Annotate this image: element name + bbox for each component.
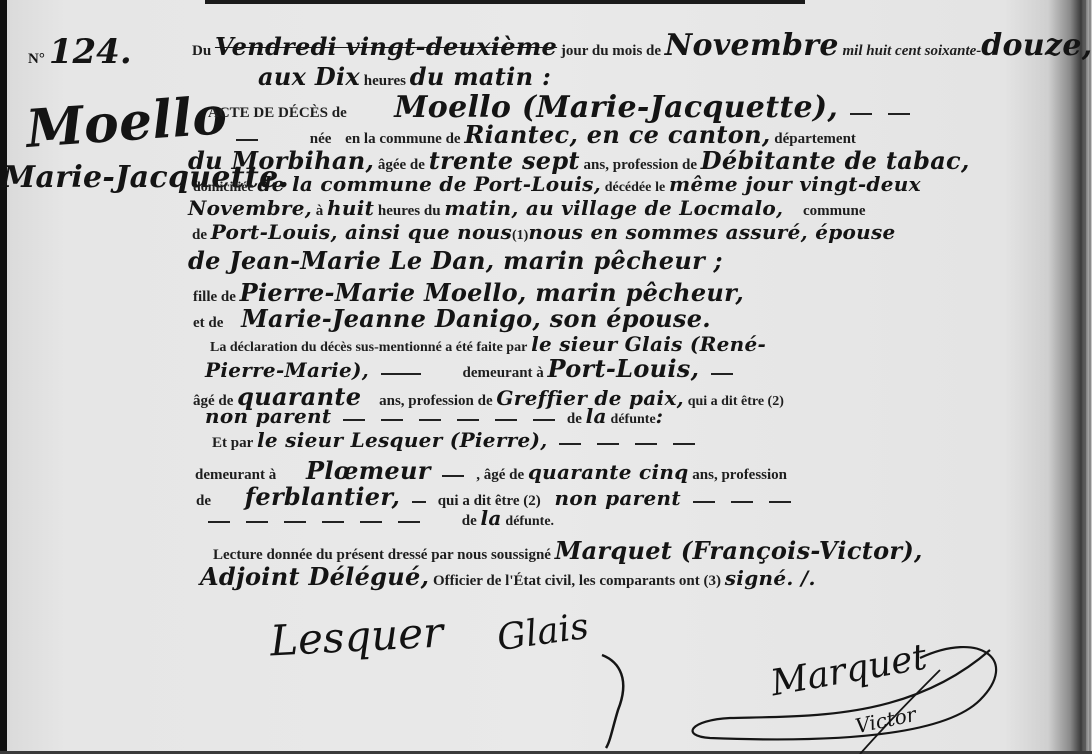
record-line-4: née en la commune de Riantec, en ce cant… — [228, 120, 856, 149]
document-scan: N° 124. Moello Marie-Jacquette. Du Vendr… — [0, 0, 1092, 754]
handwritten-declarant-2-residence: Plœmeur — [306, 456, 431, 485]
printed-text: Et par — [212, 435, 253, 451]
printed-text: née — [310, 131, 332, 147]
handwritten-birthplace: Riantec, en ce canton, — [464, 120, 770, 149]
signature-lesquer: Lesquer — [269, 608, 444, 666]
binding-edge — [1083, 0, 1086, 754]
record-line-1: Du Vendredi vingt-deuxième jour du mois … — [192, 28, 1092, 63]
acte-number-value: 124. — [49, 32, 132, 72]
record-line-16: Et par le sieur Lesquer (Pierre), — [212, 428, 703, 452]
top-rule — [205, 0, 805, 4]
printed-text: , âgé de — [476, 467, 524, 483]
printed-text: à — [316, 203, 324, 219]
handwritten-mother: Marie-Jeanne Danigo, son épouse. — [241, 304, 711, 333]
printed-text: commune — [803, 203, 866, 219]
printed-text: ans, profession de — [584, 157, 698, 173]
handwritten-punct: : — [656, 404, 664, 428]
printed-text: ans, profession — [692, 467, 787, 483]
printed-heading: ACTE DE DÉCÈS de — [208, 105, 347, 121]
handwritten-declarant-2: le sieur Lesquer (Pierre), — [257, 428, 548, 452]
handwritten-article: la — [481, 506, 502, 530]
handwritten-age: trente sept — [429, 146, 580, 175]
handwritten-signed: signé. /. — [725, 566, 816, 590]
printed-text: Lecture donnée du présent dressé par nou… — [213, 547, 551, 563]
handwritten-death-hour: huit — [327, 196, 374, 220]
acte-number: N° 124. — [28, 32, 132, 72]
handwritten-month: Novembre, — [188, 196, 312, 220]
printed-text: domiciliée — [193, 180, 254, 195]
signature-glais: Glais — [495, 606, 592, 659]
acte-number-label: N° — [28, 51, 45, 67]
handwritten-relation: non parent — [205, 404, 331, 428]
printed-text: qui a dit être (2) — [688, 394, 784, 409]
printed-text: jour du mois de — [561, 43, 661, 59]
record-line-20: Lecture donnée du présent dressé par nou… — [213, 536, 923, 565]
printed-text: heures — [364, 73, 406, 89]
handwritten-declarant-1-residence: Port-Louis, — [548, 354, 700, 383]
printed-text: décédée — [605, 180, 652, 195]
printed-text: défunte — [611, 412, 656, 427]
handwritten-declarant-1: le sieur Glais (René- — [531, 332, 766, 356]
printed-text: Du — [192, 43, 211, 59]
handwritten-death-date: même jour vingt-deux — [669, 172, 921, 196]
printed-text: de — [462, 513, 477, 529]
printed-text: âgée de — [378, 157, 425, 173]
printed-text: fille de — [193, 289, 236, 305]
record-line-9: de Jean-Marie Le Dan, marin pêcheur ; — [188, 246, 723, 275]
handwritten-domicile: de la commune de Port-Louis, — [257, 172, 601, 196]
handwritten-year: douze, — [981, 28, 1092, 63]
handwritten-commune: Port-Louis, ainsi que nous — [211, 220, 512, 244]
handwritten-profession: Débitante de tabac, — [701, 146, 970, 175]
record-line-10: fille de Pierre-Marie Moello, marin pêch… — [193, 278, 744, 307]
record-line-6: domiciliée de la commune de Port-Louis, … — [193, 172, 921, 196]
record-line-5: du Morbihan, âgée de trente sept ans, pr… — [188, 146, 970, 175]
record-line-11: et de Marie-Jeanne Danigo, son épouse. — [193, 304, 711, 333]
printed-text: et de — [193, 315, 223, 331]
handwritten-spouse: de Jean-Marie Le Dan, marin pêcheur ; — [188, 246, 723, 275]
handwritten-article: la — [586, 404, 607, 428]
handwritten-father: Pierre-Marie Moello, marin pêcheur, — [240, 278, 744, 307]
record-line-13: Pierre-Marie), demeurant à Port-Louis, — [205, 354, 741, 383]
scan-left-border — [0, 0, 7, 754]
record-line-17: demeurant à Plœmeur , âgé de quarante ci… — [195, 456, 787, 485]
handwritten-hour: aux Dix — [258, 62, 360, 91]
handwritten-spouse-intro: nous en sommes assuré, épouse — [528, 220, 895, 244]
record-line-7: Novembre, à huit heures du matin, au vil… — [188, 196, 866, 220]
record-line-19: de la défunte. — [200, 506, 554, 530]
handwritten-declarant-1-names: Pierre-Marie), — [205, 358, 369, 382]
handwritten-date-day: Vendredi vingt-deuxième — [215, 32, 557, 61]
handwritten-death-place: matin, au village de Locmalo, — [444, 196, 783, 220]
printed-text: demeurant à — [195, 467, 276, 483]
handwritten-relation: non parent — [555, 486, 681, 510]
binding-edge-outer — [1089, 0, 1091, 754]
record-line-15: non parent de la défunte: — [205, 404, 663, 428]
record-line-2: aux Dix heures du matin : — [258, 62, 551, 91]
printed-text: heures du — [378, 203, 441, 219]
record-line-8: de Port-Louis, ainsi que nous(1)nous en … — [192, 220, 896, 244]
handwritten-department: du Morbihan, — [188, 146, 374, 175]
printed-text: défunte. — [505, 514, 554, 529]
printed-text: le — [655, 180, 665, 195]
footnote-marker: (1) — [512, 228, 528, 243]
handwritten-officer-title: Adjoint Délégué, — [200, 562, 429, 591]
record-line-12: La déclaration du décès sus-mentionné a … — [210, 332, 766, 356]
record-line-21: Adjoint Délégué, Officier de l'État civi… — [200, 562, 816, 591]
printed-text: de — [192, 227, 207, 243]
printed-text: Officier de l'État civil, les comparants… — [433, 573, 721, 589]
printed-text: demeurant à — [463, 365, 544, 381]
printed-text: La déclaration du décès sus-mentionné a … — [210, 340, 527, 355]
handwritten-time-of-day: du matin : — [410, 62, 551, 91]
printed-text: de — [567, 411, 582, 427]
handwritten-declarant-2-age: quarante cinq — [528, 460, 689, 484]
handwritten-officer-name: Marquet (François-Victor), — [555, 536, 923, 565]
printed-text: département — [774, 131, 856, 147]
printed-text: mil huit cent soixante- — [843, 43, 982, 59]
handwritten-month: Novembre — [665, 28, 839, 63]
printed-text: en la commune de — [345, 131, 460, 147]
signature-glais-flourish — [600, 650, 640, 750]
